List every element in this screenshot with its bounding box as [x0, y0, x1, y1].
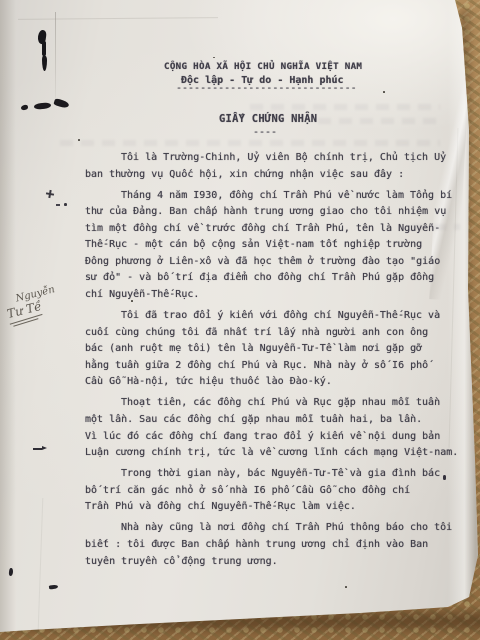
typed-line: bác (anh ruột mẹ tôi) tên là Nguyễn-Tư-T…: [85, 341, 467, 358]
typed-line: Vì lúc đó các đồng chí đang trao đổi ý k…: [85, 429, 467, 446]
dust-speck: [345, 586, 347, 588]
ink-smudge: [53, 98, 69, 109]
typed-line: Nhà này cũng là nơi đồng chí Trần Phú th…: [85, 520, 467, 537]
national-motto-line1: CỘNG HÒA XÃ HỘI CHỦ NGHĨA VIỆT NAM: [164, 61, 362, 72]
typed-line: Tôi là Trường-Chinh, Uỷ viên Bộ chính tr…: [85, 150, 467, 167]
paragraph: Tôi đã trao đổi ý kiến với đồng chí Nguy…: [85, 308, 467, 391]
typed-line: Trần Phú và đồng chí Nguyễn-Thế-Rục làm …: [85, 499, 467, 516]
photo-of-document: CỘNG HÒA XÃ HỘI CHỦ NGHĨA VIỆT NAM Độc l…: [0, 0, 480, 640]
paragraph: Nhà này cũng là nơi đồng chí Trần Phú th…: [85, 520, 467, 570]
paragraph: Trong thời gian này, bác Nguyễn-Tư-Tề và…: [85, 466, 467, 516]
typed-line: bố trí căn gác nhỏ ở số nhà I6 phố Cầu G…: [85, 483, 467, 500]
typed-line: Thoạt tiên, các đồng chí Phú và Rục gặp …: [85, 395, 467, 412]
paper-crease: [55, 12, 56, 102]
margin-plus-mark: [45, 189, 54, 198]
typed-line: Tháng 4 năm I930, đồng chí Trần Phú về n…: [85, 188, 467, 205]
typed-line: Tôi đã trao đổi ý kiến với đồng chí Nguy…: [85, 308, 467, 325]
ink-blot: [42, 55, 47, 71]
typed-line: biết : tôi được Ban chấp hành trung ương…: [85, 537, 467, 554]
dust-speck: [131, 300, 133, 302]
ink-blot: [42, 41, 46, 56]
motto-underline: ------------------------------: [176, 83, 357, 94]
ink-speck: [49, 584, 58, 589]
typed-line: tìm một đồng chí về trước đồng chí Trần …: [85, 221, 467, 238]
document-body: Tôi là Trường-Chinh, Uỷ viên Bộ chính tr…: [85, 150, 467, 575]
paper-crease: [38, 498, 44, 630]
bleedthrough-text: [60, 140, 440, 146]
bleedthrough-text: [318, 118, 440, 124]
document-sheet: CỘNG HÒA XÃ HỘI CHỦ NGHĨA VIỆT NAM Độc l…: [0, 0, 480, 640]
ink-speck: [443, 475, 446, 480]
bleedthrough-text: [250, 104, 440, 110]
typed-line: Thế-Rục - một cán bộ cộng sản Việt-nam t…: [85, 237, 467, 254]
typed-line: ban thường vụ Quốc hội, xin chứng nhận v…: [85, 167, 467, 184]
document-title: GIẤY CHỨNG NHẬN: [219, 113, 317, 125]
typed-line: thư của Đảng. Ban chấp hành trung ương g…: [85, 204, 467, 221]
paper-crease: [18, 17, 218, 20]
dust-speck: [213, 57, 215, 58]
typed-line: cuối cùng chúng tôi đã nhất trí lấy nhà …: [85, 325, 467, 342]
margin-arrow-mark: [33, 446, 47, 451]
typed-line: Luận cương chính trị, tức là về cương lĩ…: [85, 445, 467, 462]
paragraph: Tôi là Trường-Chinh, Uỷ viên Bộ chính tr…: [85, 150, 467, 183]
typed-line: hằng tuần giữa 2 đồng chí Phú và Rục. Nh…: [85, 358, 467, 375]
typed-line: tuyên truyền cổ động trung ương.: [85, 554, 467, 571]
paragraph: Tháng 4 năm I930, đồng chí Trần Phú về n…: [85, 188, 467, 304]
ink-smudge: [21, 104, 29, 110]
typed-line: Trong thời gian này, bác Nguyễn-Tư-Tề và…: [85, 466, 467, 483]
typed-line: sư đỏ" - và bố trí địa điểm cho đồng chí…: [85, 270, 467, 287]
typed-line: chí Nguyễn-Thế-Rục.: [85, 287, 467, 304]
dust-speck: [383, 91, 385, 93]
dust-speck: [78, 139, 80, 141]
ink-smudge: [34, 102, 52, 110]
title-underline: ----: [253, 127, 277, 138]
paragraph: Thoạt tiên, các đồng chí Phú và Rục gặp …: [85, 395, 467, 461]
margin-dash-dot-mark: [56, 203, 68, 206]
typed-line: một lần. Sau các đồng chí gặp nhau mỗi t…: [85, 412, 467, 429]
typed-line: Đông phương ở Liên-xô và đã học thêm ở t…: [85, 254, 467, 271]
typed-line: Cầu Gỗ Hà-nội, tức hiệu thuốc lào Đào-ký…: [85, 374, 467, 391]
